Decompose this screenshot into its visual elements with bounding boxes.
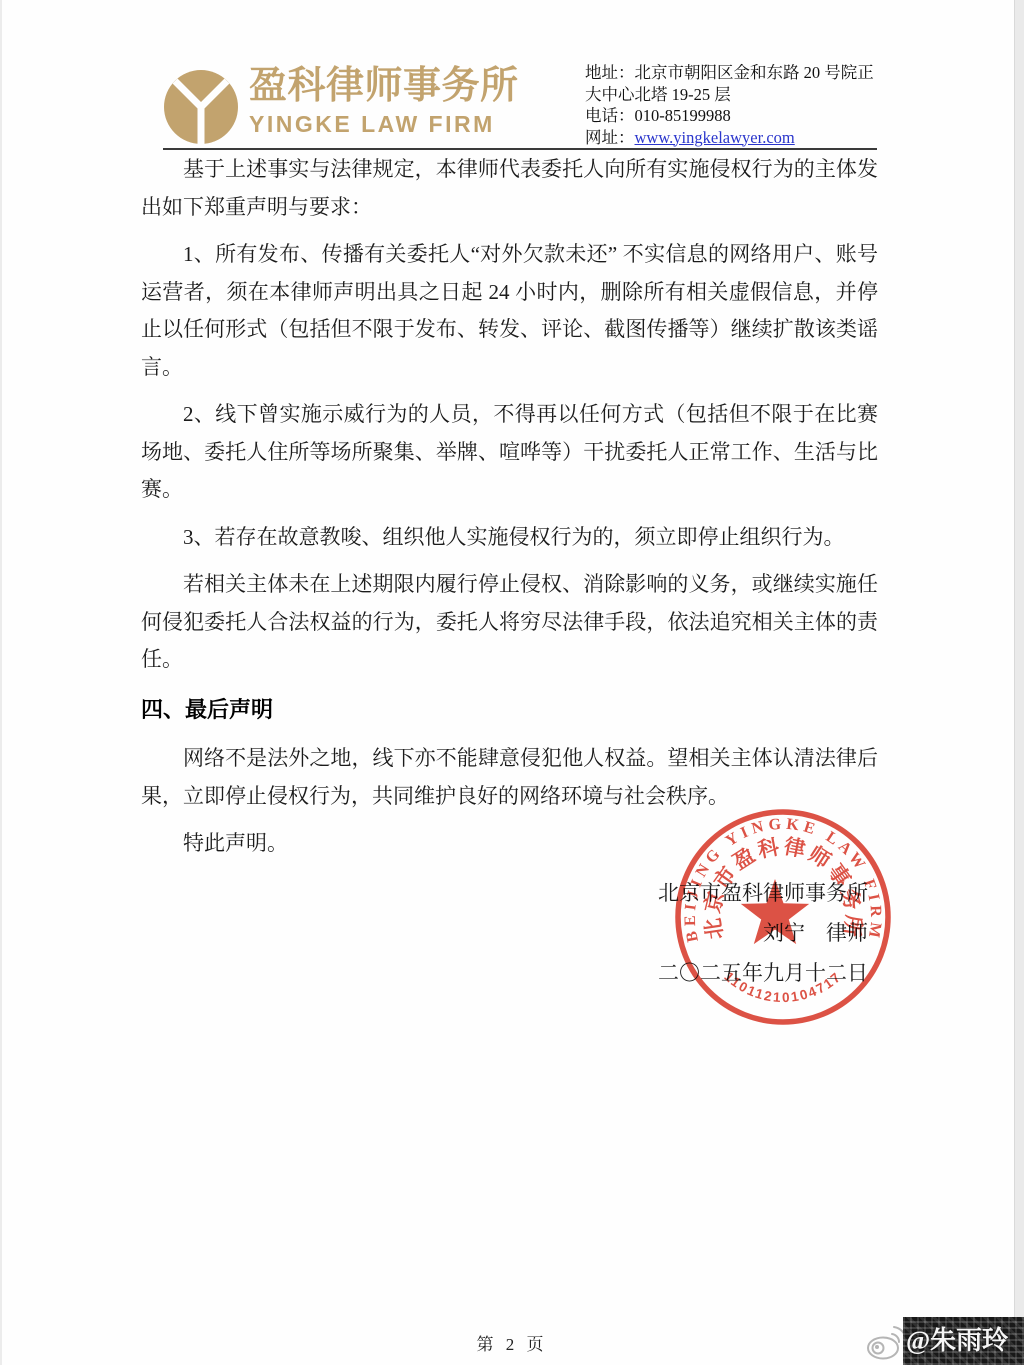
seal-star-icon bbox=[741, 879, 809, 944]
contact-phone: 电话：010-85199988 bbox=[585, 105, 885, 127]
contact-address: 地址：北京市朝阳区金和东路 20 号院正大中心北塔 19-25 层 bbox=[585, 62, 885, 105]
website-link[interactable]: www.yingkelawyer.com bbox=[635, 128, 795, 147]
header-divider bbox=[163, 148, 877, 150]
phone-label: 电话： bbox=[585, 106, 635, 125]
firm-name-chinese: 盈科律师事务所 bbox=[249, 64, 529, 108]
document-page: 盈科律师事务所 YINGKE LAW FIRM 地址：北京市朝阳区金和东路 20… bbox=[0, 0, 1024, 1365]
paragraph-item-3: 3、若存在故意教唆、组织他人实施侵权行为的，须立即停止组织行为。 bbox=[141, 519, 878, 557]
paragraph-item-1: 1、所有发布、传播有关委托人“对外欠款未还” 不实信息的网络用户、账号运营者，须… bbox=[141, 236, 878, 386]
seal-serial-number: 11011210104717 bbox=[721, 969, 844, 1005]
watermark-mosaic: @朱雨玲 bbox=[903, 1317, 1024, 1365]
logo-wordmark: 盈科律师事务所 YINGKE LAW FIRM bbox=[249, 64, 529, 137]
paragraph-item-2: 2、线下曾实施示威行为的人员，不得再以任何方式（包括但不限于在比赛场地、委托人住… bbox=[141, 396, 878, 509]
address-label: 地址： bbox=[585, 63, 635, 82]
yingke-logo-icon bbox=[161, 67, 241, 147]
contact-info: 地址：北京市朝阳区金和东路 20 号院正大中心北塔 19-25 层 电话：010… bbox=[585, 62, 885, 148]
website-label: 网址： bbox=[585, 128, 635, 147]
firm-name-english: YINGKE LAW FIRM bbox=[249, 111, 529, 137]
page-edge-right bbox=[1014, 0, 1024, 1365]
watermark-handle: @朱雨玲 bbox=[903, 1328, 1008, 1354]
contact-website: 网址：www.yingkelawyer.com bbox=[585, 127, 885, 149]
phone-value: 010-85199988 bbox=[635, 106, 731, 125]
page-edge-left bbox=[0, 0, 2, 1365]
paragraph-consequence: 若相关主体未在上述期限内履行停止侵权、消除影响的义务，或继续实施任何侵犯委托人合… bbox=[141, 566, 878, 679]
section-heading-final: 四、最后声明 bbox=[141, 691, 878, 729]
law-firm-seal: BEIJING YINGKE LAW FIRM 北京市盈科律师事务所 11011… bbox=[668, 802, 898, 1032]
paragraph-intro: 基于上述事实与法律规定，本律师代表委托人向所有实施侵权行为的主体发出如下郑重声明… bbox=[141, 151, 878, 226]
